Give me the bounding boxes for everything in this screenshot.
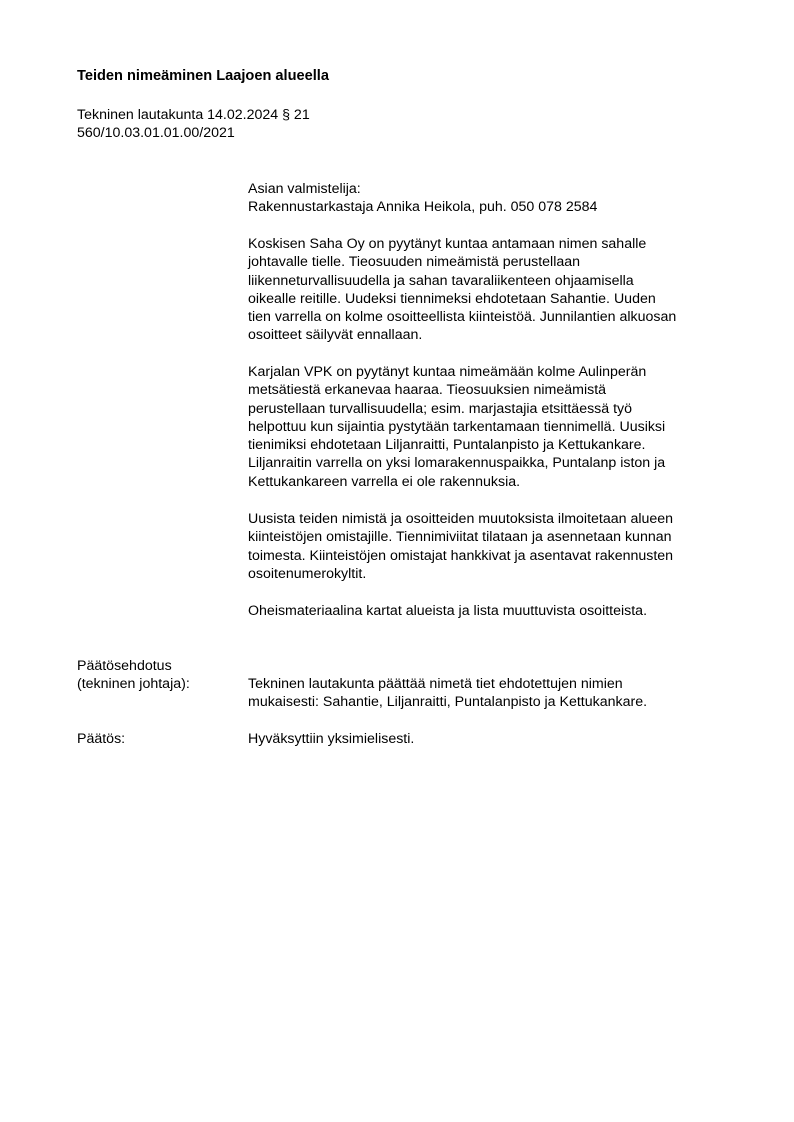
meeting-line: Tekninen lautakunta 14.02.2024 § 21	[77, 106, 310, 124]
paragraph-4: Oheismateriaalina kartat alueista ja lis…	[248, 602, 647, 620]
paragraph-line: Uusista teiden nimistä ja osoitteiden mu…	[248, 510, 673, 528]
paragraph-line: toimesta. Kiinteistöjen omistajat hankki…	[248, 547, 673, 565]
record-number: 560/10.03.01.01.00/2021	[77, 124, 310, 142]
paragraph-1: Koskisen Saha Oy on pyytänyt kuntaa anta…	[248, 235, 676, 345]
paragraph-line: Liljanraitin varrella on yksi lomarakenn…	[248, 454, 665, 472]
paragraph-2: Karjalan VPK on pyytänyt kuntaa nimeämää…	[248, 363, 665, 491]
paragraph-line: Koskisen Saha Oy on pyytänyt kuntaa anta…	[248, 235, 676, 253]
paragraph-line: helpottuu kun sijaintia pystytään tarken…	[248, 418, 665, 436]
proposal-label: Päätösehdotus (tekninen johtaja):	[77, 657, 190, 694]
paragraph-3: Uusista teiden nimistä ja osoitteiden mu…	[248, 510, 673, 583]
paragraph-line: osoitteet säilyvät ennallaan.	[248, 326, 676, 344]
paragraph-line: tienimiksi ehdotetaan Liljanraitti, Punt…	[248, 436, 665, 454]
proposal-value-line: Tekninen lautakunta päättää nimetä tiet …	[248, 675, 647, 693]
preparer-label: Asian valmistelija:	[248, 180, 597, 198]
paragraph-line: oikealle reitille. Uudeksi tiennimeksi e…	[248, 290, 676, 308]
paragraph-line: liikenneturvallisuudella ja sahan tavara…	[248, 272, 676, 290]
proposal-label-line1: Päätösehdotus	[77, 657, 190, 675]
preparer-value: Rakennustarkastaja Annika Heikola, puh. …	[248, 198, 597, 216]
meeting-info: Tekninen lautakunta 14.02.2024 § 21 560/…	[77, 106, 310, 143]
paragraph-line: Kettukankareen varrella ei ole rakennuks…	[248, 473, 665, 491]
paragraph-line: osoitenumerokyltit.	[248, 565, 673, 583]
paragraph-line: johtavalle tielle. Tieosuuden nimeämistä…	[248, 253, 676, 271]
paragraph-line: kiinteistöjen omistajille. Tiennimiviita…	[248, 528, 673, 546]
paragraph-line: Karjalan VPK on pyytänyt kuntaa nimeämää…	[248, 363, 665, 381]
document-title: Teiden nimeäminen Laajoen alueella	[77, 67, 329, 85]
proposal-label-line2: (tekninen johtaja):	[77, 675, 190, 693]
proposal-value-line: mukaisesti: Sahantie, Liljanraitti, Punt…	[248, 693, 647, 711]
paragraph-line: metsätiestä erkanevaa haaraa. Tieosuuksi…	[248, 381, 665, 399]
paragraph-line: tien varrella on kolme osoitteellista ki…	[248, 308, 676, 326]
paragraph-line: perustellaan turvallisuudella; esim. mar…	[248, 400, 665, 418]
decision-value: Hyväksyttiin yksimielisesti.	[248, 730, 414, 748]
proposal-value: Tekninen lautakunta päättää nimetä tiet …	[248, 675, 647, 712]
decision-label: Päätös:	[77, 730, 125, 748]
preparer-block: Asian valmistelija: Rakennustarkastaja A…	[248, 180, 597, 217]
paragraph-line: Oheismateriaalina kartat alueista ja lis…	[248, 602, 647, 620]
